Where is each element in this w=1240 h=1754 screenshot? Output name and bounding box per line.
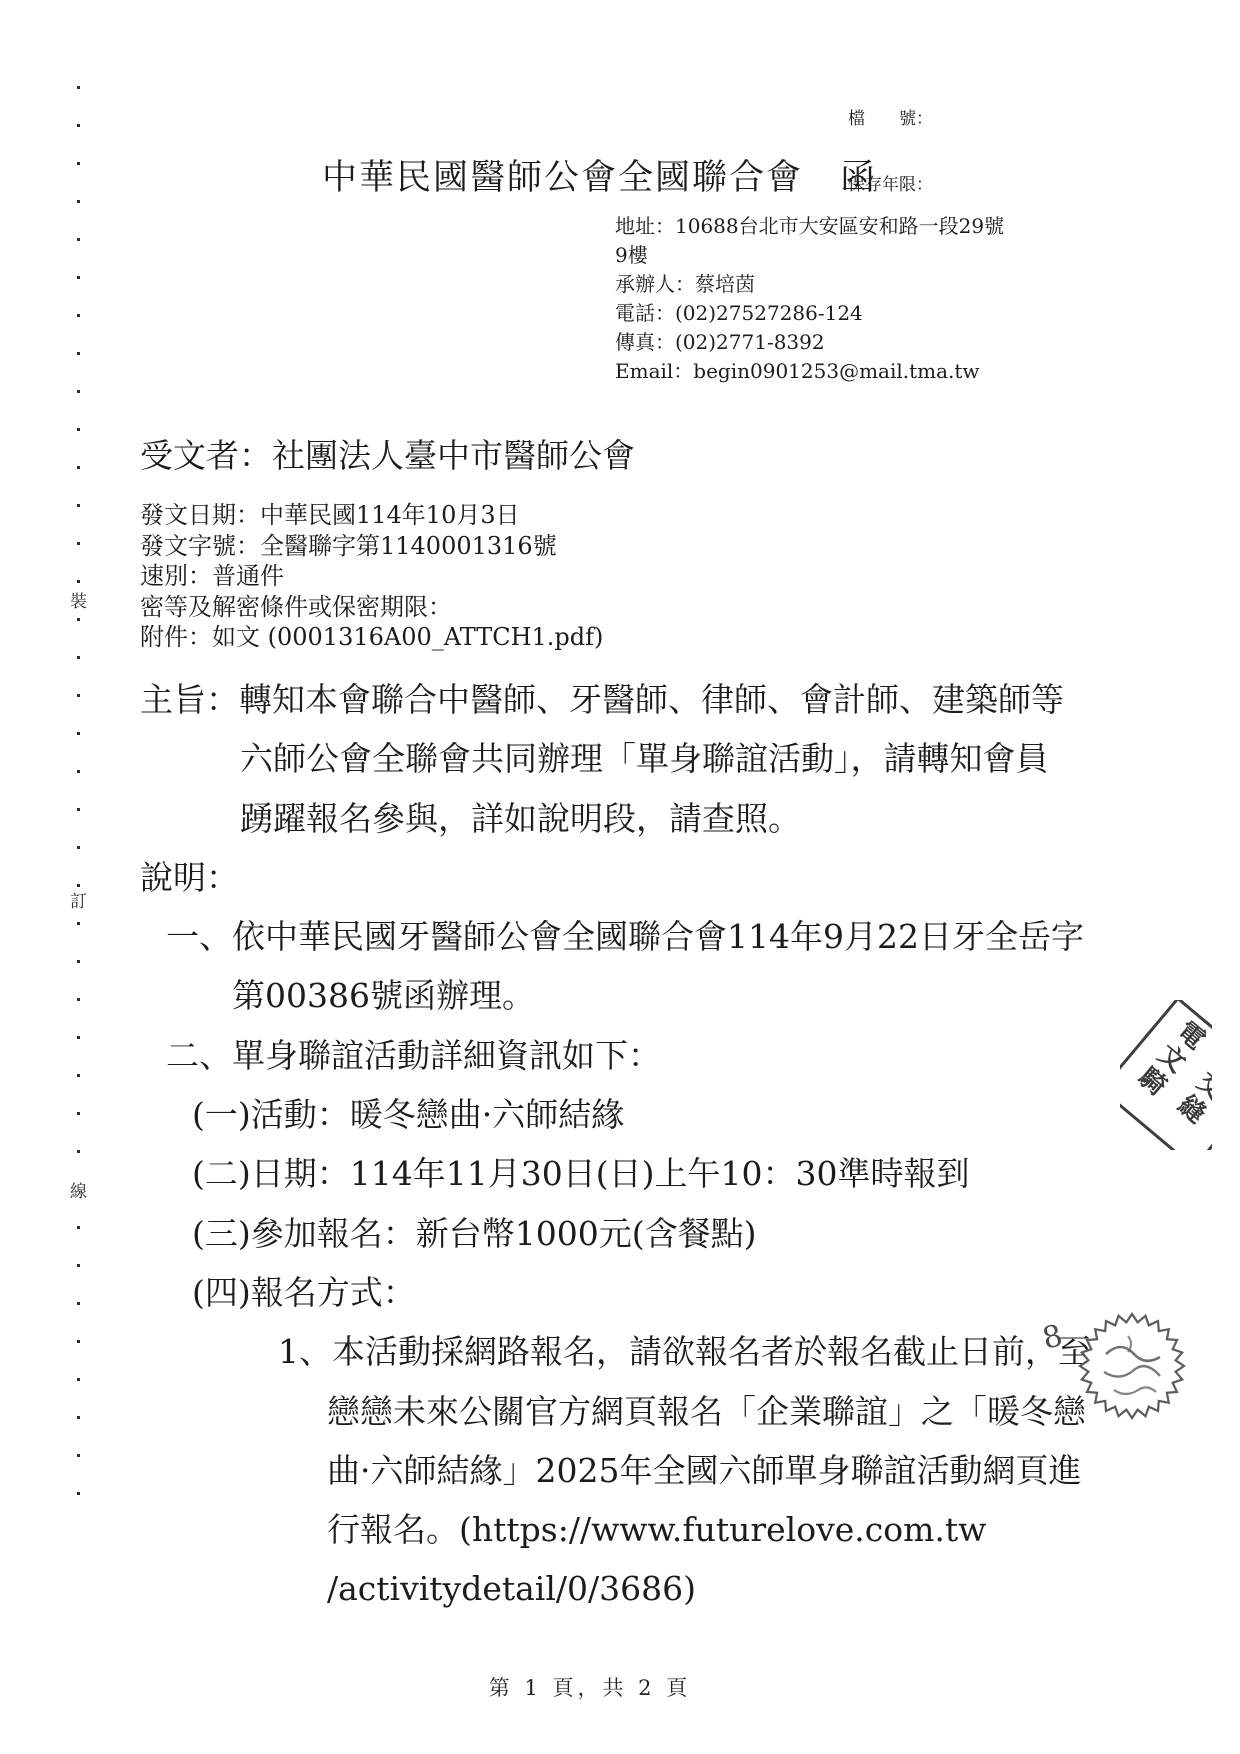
starburst-seal — [1070, 1306, 1195, 1428]
binding-dotted-line — [77, 86, 80, 1514]
dispatch-attachment: 附件：如文 (0001316A00_ATTCH1.pdf) — [140, 622, 603, 653]
explanation-label: 說明： — [140, 848, 1091, 907]
document-body: 主旨：轉知本會聯合中醫師、牙醫師、律師、會計師、建築師等 六師公會全聯會共同辦理… — [140, 670, 1091, 1619]
registration-step-1-line-1: 1、本活動採網路報名，請欲報名者於報名截止日前，至 — [278, 1322, 1091, 1381]
activity-date-line: (二)日期：114年11月30日(日)上午10：30準時報到 — [192, 1144, 1091, 1203]
official-letter-page: 裝 訂 線 檔 號： 保存年限： 中華民國醫師公會全國聯合會 函 地址：1068… — [0, 0, 1240, 1754]
sender-address-line2: 9樓 — [615, 241, 1004, 270]
sender-fax: 傳真：(02)2771-8392 — [615, 328, 1004, 357]
sender-phone: 電話：(02)27527286-124 — [615, 299, 1004, 328]
registration-method-label: (四)報名方式： — [192, 1263, 1091, 1322]
registration-step-1-line-2: 戀戀未來公關官方網頁報名「企業聯誼」之「暖冬戀 — [327, 1382, 1091, 1441]
dispatch-date: 發文日期：中華民國114年10月3日 — [140, 500, 603, 531]
subject-line-3: 踴躍報名參與，詳如說明段，請查照。 — [240, 789, 1091, 848]
subject-text-1: 轉知本會聯合中醫師、牙醫師、律師、會計師、建築師等 — [239, 680, 1064, 719]
explanation-item-1-line-1: 一、依中華民國牙醫師公會全國聯合會114年9月22日牙全岳字 — [166, 907, 1091, 966]
sender-contact-person: 承辦人：蔡培茵 — [615, 270, 1004, 299]
starburst-seal-graphic — [1070, 1306, 1195, 1428]
registration-url-line-1: 行報名。(https://www.futurelove.com.tw — [327, 1500, 1091, 1559]
exchange-paging-seal: 電文騎 交縫 — [1120, 1000, 1212, 1150]
registration-step-1-line-3: 曲·六師結緣」2025年全國六師單身聯誼活動網頁進 — [327, 1441, 1091, 1500]
explanation-item-2: 二、單身聯誼活動詳細資訊如下： — [166, 1026, 1091, 1085]
dispatch-speed: 速別：普通件 — [140, 561, 603, 592]
subject-line-1: 主旨：轉知本會聯合中醫師、牙醫師、律師、會計師、建築師等 — [140, 670, 1091, 729]
subject-label: 主旨： — [140, 680, 239, 719]
page-number-footer: 第 1 頁，共 2 頁 — [0, 1672, 1180, 1702]
dispatch-meta-block: 發文日期：中華民國114年10月3日 發文字號：全醫聯字第1140001316號… — [140, 500, 603, 653]
sender-contact-block: 地址：10688台北市大安區安和路一段29號 9樓 承辦人：蔡培茵 電話：(02… — [615, 212, 1004, 386]
activity-fee-line: (三)參加報名：新台幣1000元(含餐點) — [192, 1204, 1091, 1263]
dispatch-security: 密等及解密條件或保密期限： — [140, 592, 603, 623]
subject-line-2: 六師公會全聯會共同辦理「單身聯誼活動」，請轉知會員 — [240, 729, 1091, 788]
file-number-label: 檔 號： — [848, 108, 933, 130]
sender-email: Email：begin0901253@mail.tma.tw — [615, 357, 1004, 386]
document-title: 中華民國醫師公會全國聯合會 函 — [322, 150, 877, 200]
explanation-item-1-line-2: 第00386號函辦理。 — [232, 966, 1091, 1025]
binding-mark-zhuang: 裝 — [65, 588, 92, 617]
exchange-paging-seal-border: 電文騎 交縫 — [1120, 1000, 1212, 1150]
binding-mark-ding: 訂 — [65, 888, 92, 917]
activity-name-line: (一)活動：暖冬戀曲·六師結緣 — [192, 1085, 1091, 1144]
sender-address-line1: 地址：10688台北市大安區安和路一段29號 — [615, 212, 1004, 241]
registration-url-line-2: /activitydetail/0/3686) — [327, 1559, 1091, 1618]
dispatch-number: 發文字號：全醫聯字第1140001316號 — [140, 531, 603, 562]
binding-mark-xian: 線 — [65, 1178, 92, 1207]
recipient-line: 受文者：社團法人臺中市醫師公會 — [140, 430, 635, 477]
